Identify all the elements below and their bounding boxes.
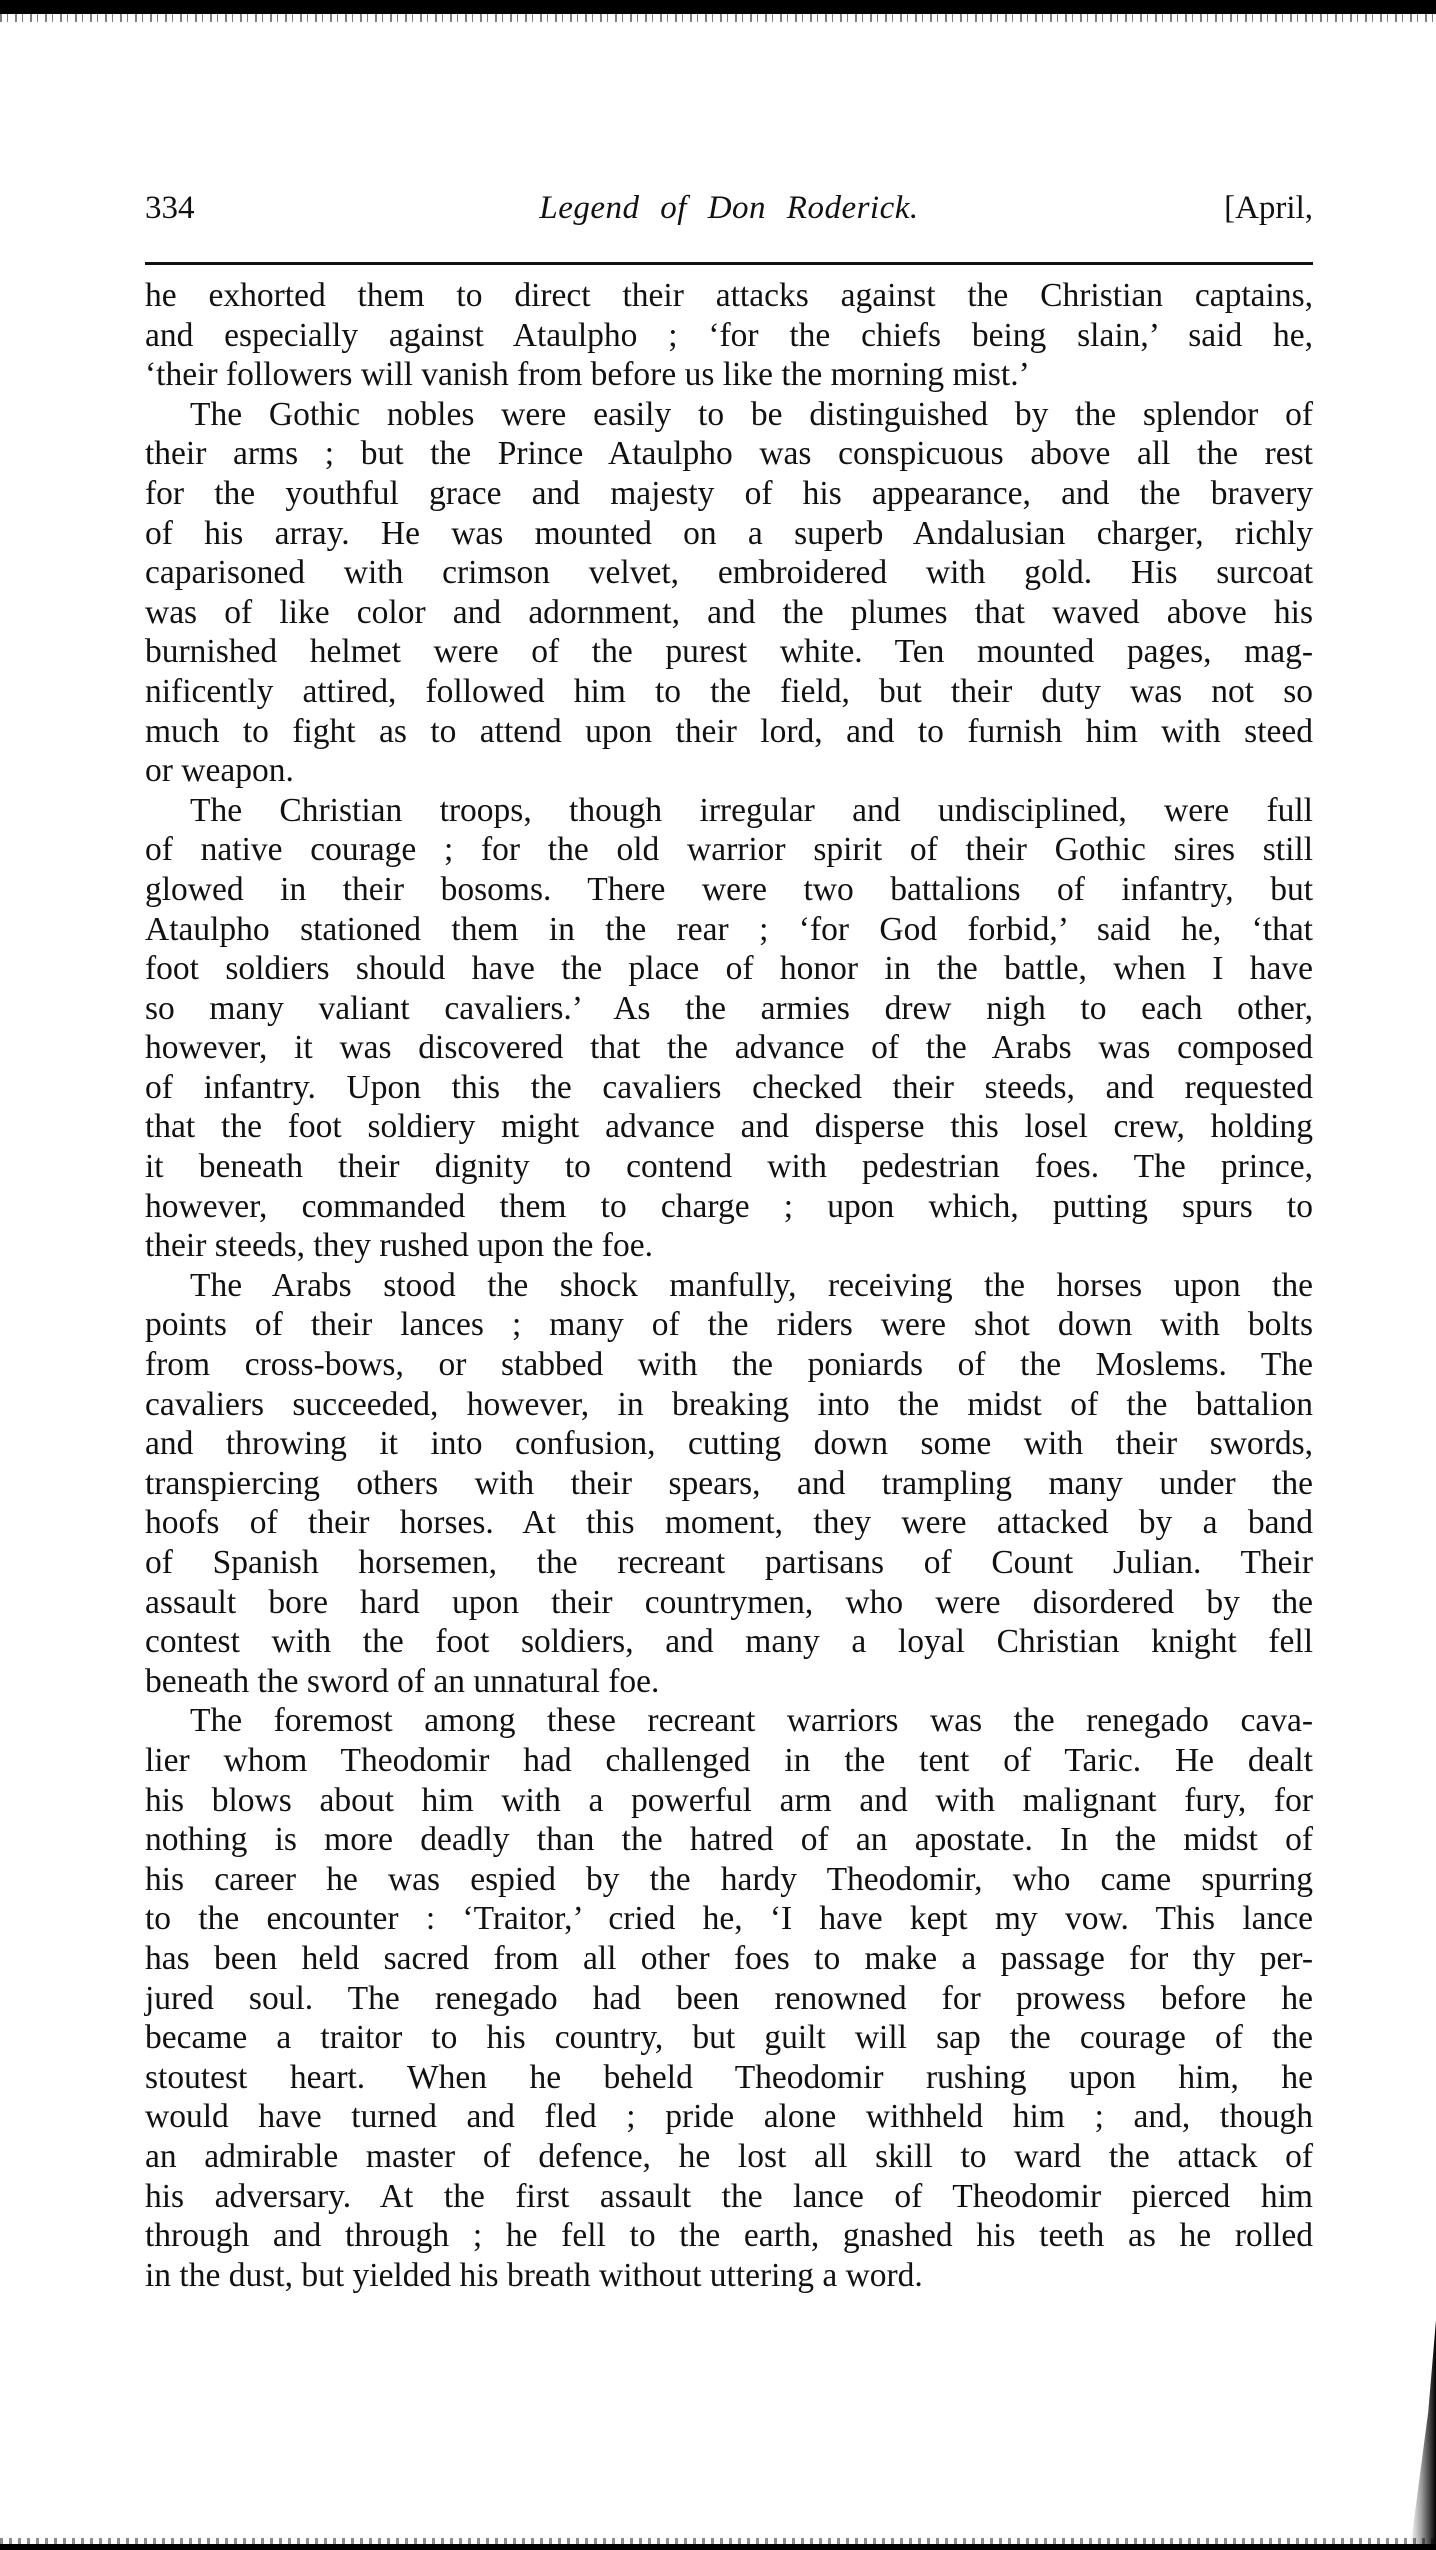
text-line: has been held sacred from all other foes… [145, 1939, 1313, 1979]
text-line: lier whom Theodomir had challenged in th… [145, 1741, 1313, 1781]
text-line: Ataulpho stationed them in the rear ; ‘f… [145, 910, 1313, 950]
text-line: his adversary. At the first assault the … [145, 2177, 1313, 2217]
text-line: and throwing it into confusion, cutting … [145, 1424, 1313, 1464]
text-line: however, commanded them to charge ; upon… [145, 1187, 1313, 1227]
text-line: of Spanish horsemen, the recreant partis… [145, 1543, 1313, 1583]
text-line: assault bore hard upon their countrymen,… [145, 1583, 1313, 1623]
title-word: of [660, 190, 687, 226]
text-line: caparisoned with crimson velvet, embroid… [145, 553, 1313, 593]
text-line: however, it was discovered that the adva… [145, 1028, 1313, 1068]
text-line: and especially against Ataulpho ; ‘for t… [145, 316, 1313, 356]
text-line: was of like color and adornment, and the… [145, 593, 1313, 633]
paragraph: The Gothic nobles were easily to be dist… [145, 395, 1313, 791]
title-word: Don [708, 190, 766, 226]
text-line: of his array. He was mounted on a superb… [145, 514, 1313, 554]
text-line: an admirable master of defence, he lost … [145, 2137, 1313, 2177]
text-line: would have turned and fled ; pride alone… [145, 2097, 1313, 2137]
text-line: so many valiant cavaliers.’ As the armie… [145, 989, 1313, 1029]
text-line: nothing is more deadly than the hatred o… [145, 1820, 1313, 1860]
text-line: through and through ; he fell to the ear… [145, 2216, 1313, 2256]
text-line: from cross-bows, or stabbed with the pon… [145, 1345, 1313, 1385]
text-line: burnished helmet were of the purest whit… [145, 632, 1313, 672]
paragraph: The foremost among these recreant warrio… [145, 1701, 1313, 2295]
title-word: Legend [539, 190, 639, 226]
text-line: points of their lances ; many of the rid… [145, 1305, 1313, 1345]
text-line: to the encounter : ‘Traitor,’ cried he, … [145, 1899, 1313, 1939]
text-line: The Christian troops, though irregular a… [145, 791, 1313, 831]
title-word: Roderick. [787, 190, 919, 226]
text-line: their steeds, they rushed upon the foe. [145, 1226, 1313, 1266]
text-line: The Arabs stood the shock manfully, rece… [145, 1266, 1313, 1306]
running-head: 334 Legend of Don Roderick. [April, [145, 190, 1313, 234]
scan-edge-bottom [0, 2544, 1436, 2550]
running-title: Legend of Don Roderick. [145, 190, 1313, 227]
text-line: The foremost among these recreant warrio… [145, 1701, 1313, 1741]
text-line: of infantry. Upon this the cavaliers che… [145, 1068, 1313, 1108]
text-line: stoutest heart. When he beheld Theodomir… [145, 2058, 1313, 2098]
text-line: transpiercing others with their spears, … [145, 1464, 1313, 1504]
text-line: foot soldiers should have the place of h… [145, 949, 1313, 989]
text-line: their arms ; but the Prince Ataulpho was… [145, 434, 1313, 474]
running-month: [April, [1224, 190, 1313, 227]
text-line: of native courage ; for the old warrior … [145, 830, 1313, 870]
text-line: much to fight as to attend upon their lo… [145, 712, 1313, 752]
paragraph: he exhorted them to direct their attacks… [145, 276, 1313, 395]
text-line: he exhorted them to direct their attacks… [145, 276, 1313, 316]
header-rule [145, 262, 1313, 265]
text-line: glowed in their bosoms. There were two b… [145, 870, 1313, 910]
scan-edge-top [0, 0, 1436, 14]
text-line: or weapon. [145, 751, 1313, 791]
text-line: for the youthful grace and majesty of hi… [145, 474, 1313, 514]
text-line: The Gothic nobles were easily to be dist… [145, 395, 1313, 435]
text-line: his career he was espied by the hardy Th… [145, 1860, 1313, 1900]
text-line: contest with the foot soldiers, and many… [145, 1622, 1313, 1662]
text-line: became a traitor to his country, but gui… [145, 2018, 1313, 2058]
text-line: in the dust, but yielded his breath with… [145, 2256, 1313, 2296]
text-line: his blows about him with a powerful arm … [145, 1781, 1313, 1821]
paragraph: The Christian troops, though irregular a… [145, 791, 1313, 1266]
text-line: it beneath their dignity to contend with… [145, 1147, 1313, 1187]
text-line: hoofs of their horses. At this moment, t… [145, 1503, 1313, 1543]
text-line: that the foot soldiery might advance and… [145, 1107, 1313, 1147]
body-text: he exhorted them to direct their attacks… [145, 276, 1313, 2295]
paragraph: The Arabs stood the shock manfully, rece… [145, 1266, 1313, 1702]
text-line: beneath the sword of an unnatural foe. [145, 1662, 1313, 1702]
text-line: cavaliers succeeded, however, in breakin… [145, 1385, 1313, 1425]
scan-edge-corner [1410, 2320, 1436, 2550]
text-line: ‘their followers will vanish from before… [145, 355, 1313, 395]
text-line: jured soul. The renegado had been renown… [145, 1979, 1313, 2019]
text-line: nificently attired, followed him to the … [145, 672, 1313, 712]
